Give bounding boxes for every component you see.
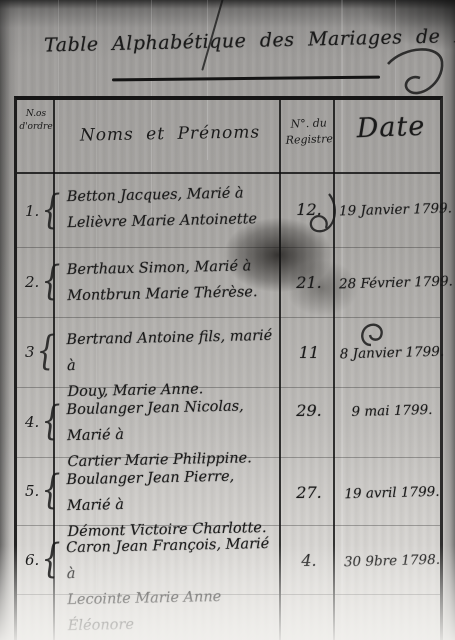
table-row: 6. { Caron Jean François, Marié à Lecoin… — [17, 525, 446, 594]
table-row: 3 { Bertrand Antoine fils, marié à Douy,… — [17, 317, 446, 387]
order-value: 2. — [25, 273, 39, 291]
date-cell: 9 mai 1799. — [339, 402, 445, 421]
order-value: 4. — [25, 413, 39, 431]
date-cell: 8 Janvier 1799. — [339, 344, 445, 363]
names-cell: Betton Jacques, Marié à Lelièvre Marie A… — [60, 180, 281, 237]
names-cell: Caron Jean François, Marié à Lecointe Ma… — [60, 531, 282, 640]
ink-loop-icon — [305, 192, 339, 236]
names-line1: Bertrand Antoine fils, marié à — [66, 323, 281, 379]
row-brace: { — [41, 262, 60, 303]
order-value: 1. — [25, 202, 39, 220]
register-number: 4. — [283, 551, 335, 570]
ink-spiral-icon — [357, 319, 387, 347]
table-row: 5. { Boulanger Jean Pierre, Marié à Démo… — [17, 457, 446, 525]
names-line1: Boulanger Jean Nicolas, Marié à — [66, 393, 281, 449]
register-number: 11 — [283, 343, 335, 362]
header-order-line1: N.os — [17, 108, 55, 121]
header-order-number: N.os d'ordre — [17, 108, 55, 134]
header-order-line2: d'ordre — [17, 121, 55, 134]
header-names: Noms et Prénoms — [61, 122, 279, 146]
row-brace: { — [41, 539, 60, 580]
row-brace: { — [41, 402, 60, 443]
header-date: Date — [338, 110, 443, 145]
order-number: 6. { — [17, 525, 69, 594]
names-line1: Boulanger Jean Pierre, Marié à — [66, 463, 281, 519]
names-line2: Lecointe Marie Anne Éléonore — [67, 583, 282, 639]
order-number: 5. { — [17, 457, 69, 525]
date-cell: 19 Janvier 1799. — [339, 201, 445, 220]
date-cell: 28 Février 1799. — [339, 274, 445, 293]
title-underline — [112, 76, 380, 82]
names-cell: Berthaux Simon, Marié à Montbrun Marie T… — [60, 253, 281, 310]
order-number: 2. { — [17, 247, 69, 317]
names-line1: Caron Jean François, Marié à — [66, 531, 281, 587]
register-number: 21. — [283, 273, 335, 292]
header-register-line1: N°. du — [280, 115, 337, 133]
order-value: 3 — [25, 343, 35, 361]
order-number: 3 { — [17, 317, 69, 387]
document-photo: Table Alphabétique des Mariages de L'an … — [0, 0, 455, 640]
names-line2: Montbrun Marie Thérèse. — [67, 279, 281, 309]
row-brace: { — [41, 471, 60, 512]
names-line2: Lelièvre Marie Antoinette — [67, 206, 281, 236]
row-brace: { — [41, 190, 60, 231]
header-register-line2: Registre — [281, 131, 338, 149]
register-number: 27. — [283, 483, 335, 502]
date-cell: 30 9bre 1798. — [339, 552, 445, 571]
order-number: 1. { — [17, 174, 69, 247]
register-number: 29. — [283, 401, 335, 420]
table-row: 2. { Berthaux Simon, Marié à Montbrun Ma… — [17, 247, 446, 317]
order-value: 5. — [25, 482, 39, 500]
order-value: 6. — [25, 551, 39, 569]
header-register-number: N°. du Registre — [280, 115, 337, 149]
table-row: 4. { Boulanger Jean Nicolas, Marié à Car… — [17, 387, 446, 457]
date-cell: 19 avril 1799. — [339, 484, 445, 503]
register-table: N.os d'ordre Noms et Prénoms N°. du Regi… — [14, 96, 443, 640]
table-row: 1. { Betton Jacques, Marié à Lelièvre Ma… — [17, 174, 446, 247]
row-brace: { — [37, 332, 56, 373]
order-number: 4. { — [17, 387, 69, 457]
